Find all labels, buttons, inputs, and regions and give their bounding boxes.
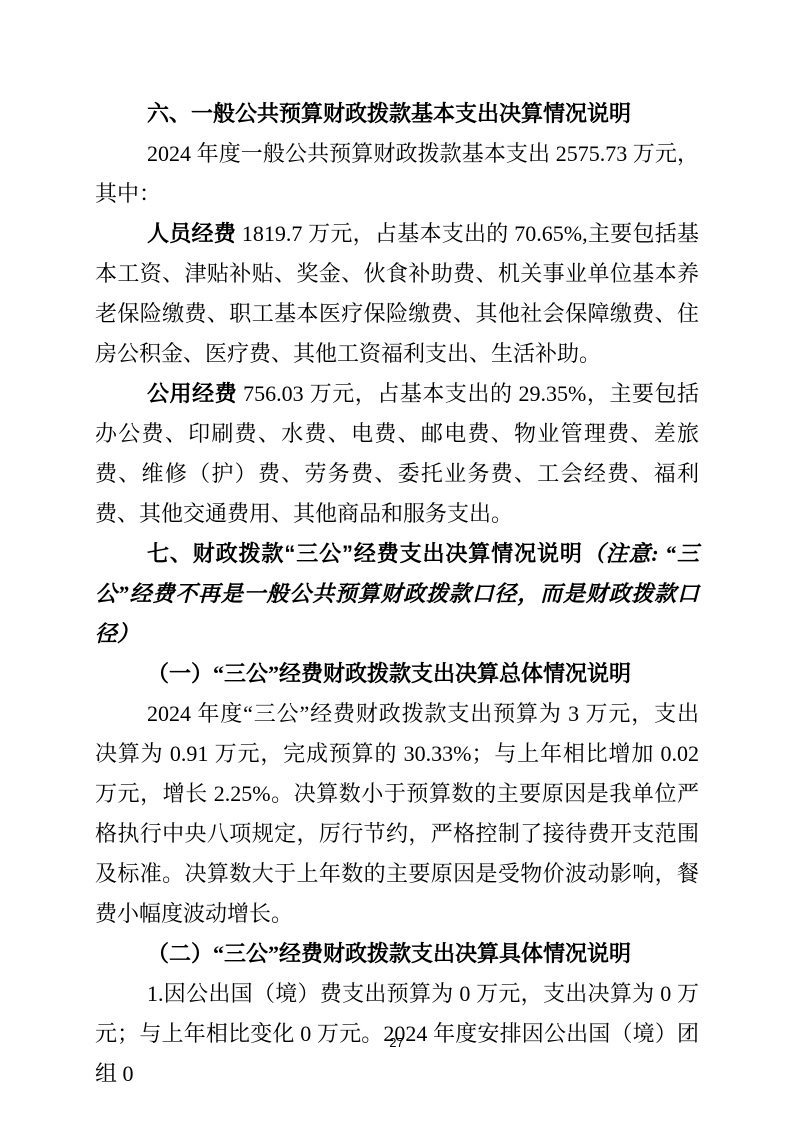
- document-content: 六、一般公共预算财政拨款基本支出决算情况说明2024 年度一般公共预算财政拨款基…: [95, 94, 699, 1094]
- heading-text: 七、财政拨款“三公”经费支出决算情况说明: [147, 541, 583, 566]
- paragraph: 2024 年度“三公”经费财政拨款支出预算为 3 万元，支出决算为 0.91 万…: [95, 694, 699, 934]
- body-text: 2024 年度“三公”经费财政拨款支出预算为 3 万元，支出决算为 0.91 万…: [95, 701, 699, 926]
- heading-text: （一）“三公”经费财政拨款支出决算总体情况说明: [147, 661, 631, 686]
- paragraph: 2024 年度一般公共预算财政拨款基本支出 2575.73 万元，其中：: [95, 134, 699, 214]
- section-heading: （一）“三公”经费财政拨款支出决算总体情况说明: [95, 654, 699, 694]
- body-text: 2024 年度一般公共预算财政拨款基本支出 2575.73 万元，其中：: [95, 141, 699, 206]
- heading-text: 公用经费: [147, 381, 237, 406]
- document-page: 六、一般公共预算财政拨款基本支出决算情况说明2024 年度一般公共预算财政拨款基…: [0, 0, 793, 1122]
- section-heading: 七、财政拨款“三公”经费支出决算情况说明（注意: “三公”经费不再是一般公共预算…: [95, 534, 699, 654]
- section-heading: （二）“三公”经费财政拨款支出决算具体情况说明: [95, 934, 699, 974]
- heading-text: 人员经费: [147, 221, 236, 246]
- heading-text: 六、一般公共预算财政拨款基本支出决算情况说明: [147, 101, 631, 126]
- section-heading: 六、一般公共预算财政拨款基本支出决算情况说明: [95, 94, 699, 134]
- paragraph: 人员经费 1819.7 万元，占基本支出的 70.65%,主要包括基本工资、津贴…: [95, 214, 699, 374]
- paragraph: 公用经费 756.03 万元，占基本支出的 29.35%，主要包括办公费、印刷费…: [95, 374, 699, 534]
- heading-text: （二）“三公”经费财政拨款支出决算具体情况说明: [147, 941, 631, 966]
- page-number: 27: [0, 1034, 793, 1052]
